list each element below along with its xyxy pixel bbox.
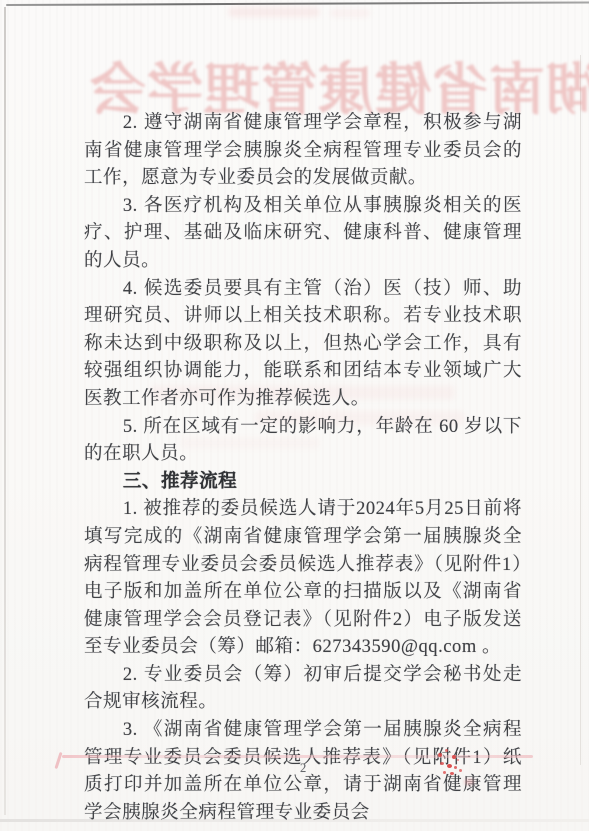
footer-pink-ink-mark xyxy=(54,752,62,769)
bleed-through-smudge xyxy=(330,9,370,17)
stamp-ink-dot xyxy=(445,749,448,752)
paragraph-criteria-2: 2. 遵守湖南省健康管理学会章程，积极参与湖南省健康管理学会胰腺炎全病程管理专业… xyxy=(84,110,522,193)
paragraph-process-2: 2. 专业委员会（筹）初审后提交学会秘书处走合规审核流程。 xyxy=(84,662,522,717)
stamp-ink-dot xyxy=(450,772,454,775)
page-number: 2 xyxy=(300,761,306,776)
stamp-ink-dot xyxy=(440,762,444,765)
scanned-document-page: 湖南省健康管理学会 2. 遵守湖南省健康管理学会章程，积极参与湖南省健康管理学会… xyxy=(0,0,589,831)
stamp-ink-dot xyxy=(454,766,457,769)
stamp-ink-dot xyxy=(438,753,442,757)
paragraph-process-1: 1. 被推荐的委员候选人请于2024年5月25日前将填写完成的《湖南省健康管理学… xyxy=(84,496,522,662)
stamp-ink-dot xyxy=(447,764,452,768)
stamp-ink-dot xyxy=(443,771,446,774)
stamp-ink-dot xyxy=(459,769,462,772)
stamp-ink-dot xyxy=(457,759,459,761)
section-heading-recommendation-process: 三、推荐流程 xyxy=(84,469,522,497)
stamp-ink-speck xyxy=(464,779,474,785)
scan-edge-top-line xyxy=(6,1,589,6)
paragraph-criteria-3: 3. 各医疗机构及相关单位从事胰腺炎相关的医疗、护理、基础及临床研究、健康科普、… xyxy=(84,193,522,276)
paragraph-criteria-5: 5. 所在区域有一定的影响力，年龄在 60 岁以下的在职人员。 xyxy=(84,414,522,469)
scan-edge-right-line xyxy=(580,55,581,765)
stamp-ink-dot xyxy=(452,755,456,759)
red-stamp-fragment xyxy=(430,746,470,780)
bleed-through-smudge xyxy=(228,7,320,17)
document-body: 2. 遵守湖南省健康管理学会章程，积极参与湖南省健康管理学会胰腺炎全病程管理专业… xyxy=(84,110,522,827)
paragraph-criteria-4: 4. 候选委员要具有主管（治）医（技）师、助理研究员、讲师以上相关技术职称。若专… xyxy=(84,276,522,414)
scan-edge-left-line xyxy=(4,7,6,815)
